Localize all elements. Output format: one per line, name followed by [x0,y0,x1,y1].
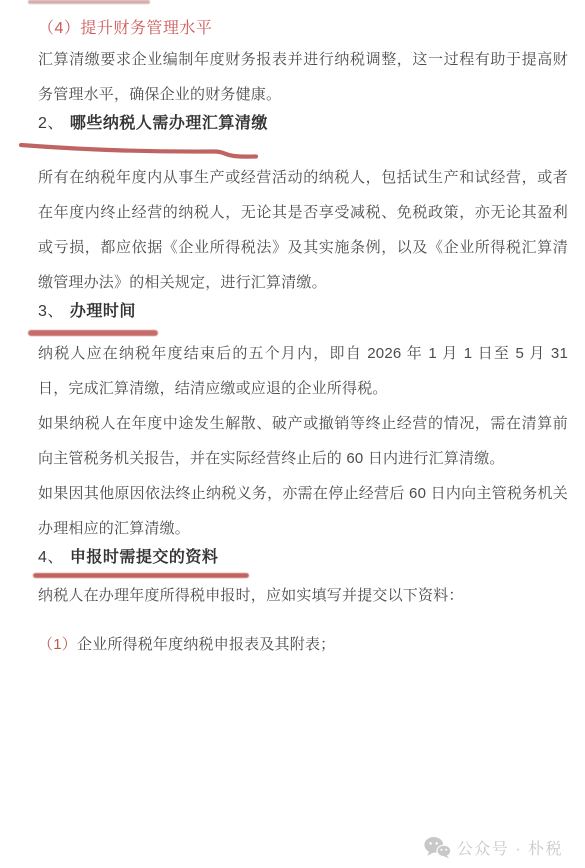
red-mark-top-edge [28,0,150,4]
paragraph-required-documents-intro: 纳税人在办理年度所得税申报时，应如实填写并提交以下资料： [38,578,568,613]
section-title: 哪些纳税人需办理汇算清缴 [70,115,268,132]
section-number: 4、 [38,549,64,566]
section-heading-3: 3、办理时间 [38,300,568,324]
list-item-text: 企业所得税年度纳税申报表及其附表； [77,636,335,653]
watermark: 公众号 · 朴税 [424,836,563,859]
wechat-icon [424,836,451,859]
paragraph-filing-period: 纳税人应在纳税年度结束后的五个月内，即自 2026 年 1 月 1 日至 5 月… [38,336,568,406]
section-number: 2、 [38,115,64,132]
hand-drawn-underline [33,573,249,578]
section-heading-4: 4、申报时需提交的资料 [38,546,568,570]
article-body: （4）提升财务管理水平 汇算清缴要求企业编制年度财务报表并进行纳税调整，这一过程… [0,16,585,657]
paragraph-termination-cases: 如果纳税人在年度中途发生解散、破产或撤销等终止经营的情况，需在清算前向主管税务机… [38,406,568,476]
paragraph-other-termination: 如果因其他原因依法终止纳税义务，亦需在停止经营后 60 日内向主管税务机关办理相… [38,476,568,546]
paragraph-who-must-file: 所有在纳税年度内从事生产或经营活动的纳税人，包括试生产和试经营，或者在年度内终止… [38,160,568,300]
list-item-1: （1）企业所得税年度纳税申报表及其附表； [38,633,568,657]
section-title: 申报时需提交的资料 [70,549,219,566]
section-number: 3、 [38,303,64,320]
hand-drawn-underline [28,330,158,336]
list-item-marker: （1） [38,636,77,653]
paragraph-financial-management: 汇算清缴要求企业编制年度财务报表并进行纳税调整，这一过程有助于提高财务管理水平，… [38,42,568,112]
section-heading-2: 2、哪些纳税人需办理汇算清缴 [38,112,568,136]
hand-drawn-underline [18,140,262,160]
section-title: 办理时间 [70,303,136,320]
sub-heading-4-red: （4）提升财务管理水平 [38,16,568,42]
watermark-label: 公众号 · 朴税 [457,836,563,859]
